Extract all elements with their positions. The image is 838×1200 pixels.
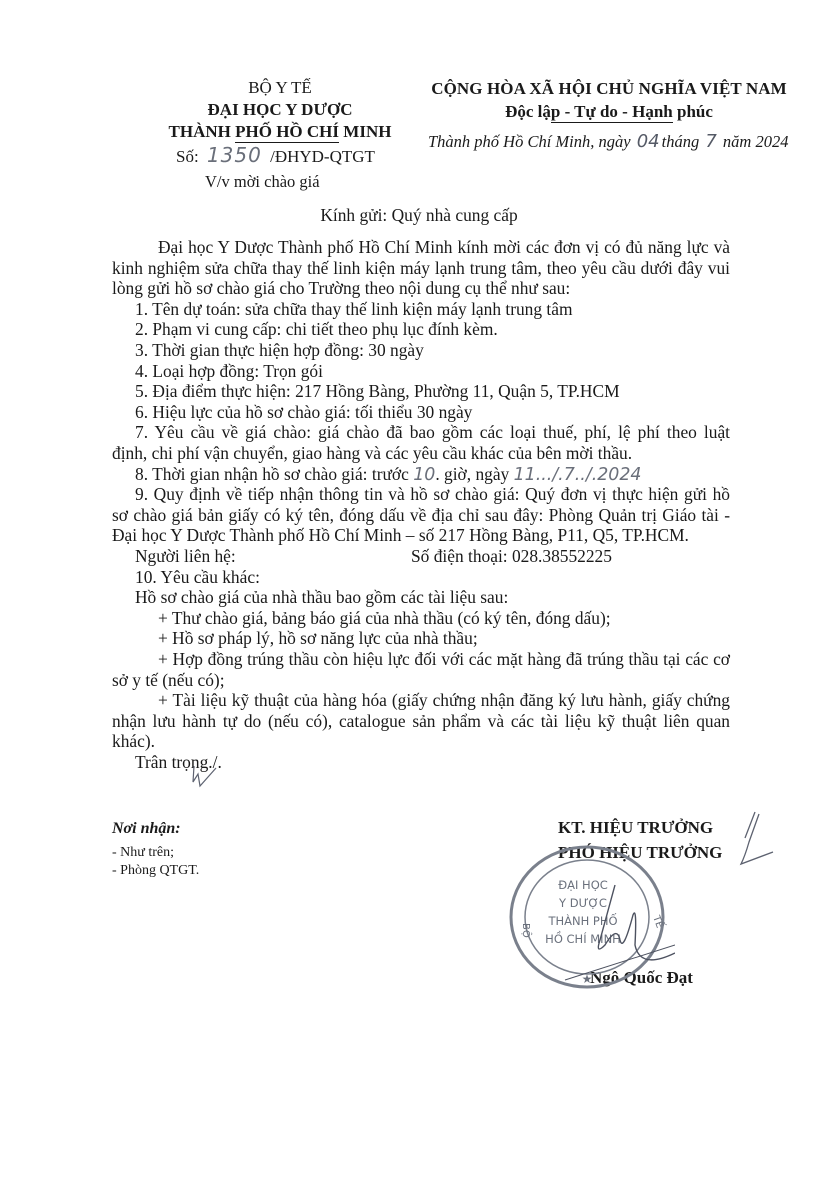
city-suffix: MINH [339, 122, 391, 141]
intro-line: kinh nghiệm sửa chữa thay thế linh kiện … [112, 258, 730, 279]
document-bullet: + Hợp đồng trúng thầu còn hiệu lực đối v… [158, 649, 730, 670]
initial-mark-icon [190, 762, 220, 790]
initial-mark-icon [735, 808, 775, 868]
issue-date: Thành phố Hồ Chí Minh, ngày 04tháng 7 nă… [428, 131, 788, 152]
handwritten-hour: 10 [413, 465, 435, 485]
contact-person-label: Người liên hệ: [135, 546, 236, 566]
text-span: . giờ, ngày [435, 464, 513, 484]
year-label: năm 2024 [719, 132, 789, 151]
requirement-lead: Hồ sơ chào giá của nhà thầu bao gồm các … [135, 587, 730, 608]
city-underlined: PHỐ HỒ CHÍ [235, 122, 339, 143]
document-bullet: khác). [112, 731, 730, 752]
contact-line: Người liên hệ:Số điện thoại: 028.3855222… [135, 546, 730, 567]
ministry-name: BỘ Y TẾ [110, 77, 450, 99]
university-name: ĐẠI HỌC Y DƯỢC [110, 99, 450, 121]
closing-line: Trân trọng./. [135, 752, 730, 773]
requirement-item: 2. Phạm vi cung cấp: chi tiết theo phụ l… [135, 319, 730, 340]
intro-line: lòng gửi hồ sơ chào giá cho Trường theo … [112, 278, 730, 299]
requirement-item: định, chi phí vận chuyển, giao hàng và c… [112, 443, 730, 464]
document-bullet: sở y tế (nếu có); [112, 670, 730, 691]
document-bullet: + Thư chào giá, bảng báo giá của nhà thầ… [158, 608, 730, 629]
recipient-item: - Như trên; [112, 845, 174, 861]
number-label: Số: [176, 147, 199, 166]
document-bullet: + Hồ sơ pháp lý, hồ sơ năng lực của nhà … [158, 628, 730, 649]
handwritten-number: 1350 [207, 143, 262, 167]
handwritten-date: 11.../.7../.2024 [514, 465, 642, 485]
requirement-item: 7. Yêu cầu về giá chào: giá chào đã bao … [135, 422, 730, 443]
text-span: 8. Thời gian nhận hồ sơ chào giá: trước [135, 464, 413, 484]
requirement-item: 1. Tên dự toán: sửa chữa thay thế linh k… [135, 299, 730, 320]
document-bullet: nhận lưu hành tự do (nếu có), catalogue … [112, 711, 730, 732]
recipients-title: Nơi nhận: [112, 820, 181, 838]
document-number: Số: 1350 /ĐHYD-QTGT [176, 143, 375, 167]
recipient-item: - Phòng QTGT. [112, 863, 199, 879]
requirement-item: 10. Yêu cầu khác: [135, 567, 730, 588]
requirement-item: 6. Hiệu lực của hồ sơ chào giá: tối thiể… [135, 402, 730, 423]
national-motto: Độc lập - Tự do - Hạnh phúc [418, 100, 800, 123]
requirement-item: 9. Quy định về tiếp nhận thông tin và hồ… [135, 484, 730, 505]
svg-text:Y DƯỢC: Y DƯỢC [558, 896, 607, 910]
requirement-item: 4. Loại hợp đồng: Trọn gói [135, 361, 730, 382]
nation-title: CỘNG HÒA XÃ HỘI CHỦ NGHĨA VIỆT NAM [418, 77, 800, 100]
issuer-block: BỘ Y TẾ ĐẠI HỌC Y DƯỢC THÀNH PHỐ HỒ CHÍ … [110, 77, 450, 143]
requirement-item: 3. Thời gian thực hiện hợp đồng: 30 ngày [135, 340, 730, 361]
city-prefix: THÀNH [169, 122, 236, 141]
motto-prefix: Độc lậ [505, 102, 551, 121]
month-label: tháng [662, 132, 704, 151]
requirement-item: sơ chào giá bản giấy có ký tên, đóng dấu… [112, 505, 730, 526]
requirement-item: Đại học Y Dược Thành phố Hồ Chí Minh – s… [112, 525, 730, 546]
document-subject: V/v mời chào giá [205, 172, 320, 192]
intro-line: Đại học Y Dược Thành phố Hồ Chí Minh kín… [158, 237, 730, 258]
contact-phone: Số điện thoại: 028.38552225 [411, 546, 612, 567]
requirement-item: 5. Địa điểm thực hiện: 217 Hồng Bàng, Ph… [135, 381, 730, 402]
stamp-seal-icon: ĐẠI HỌCY DƯỢCTHÀNH PHỐHỒ CHÍ MINH BỘ TẾ … [505, 845, 675, 995]
motto-underlined: p - Tự do - Hạnh [551, 102, 673, 123]
requirement-item: 8. Thời gian nhận hồ sơ chào giá: trước … [135, 464, 730, 485]
official-stamp: ĐẠI HỌCY DƯỢCTHÀNH PHỐHỒ CHÍ MINH BỘ TẾ … [505, 845, 675, 995]
greeting: Kính gửi: Quý nhà cung cấp [0, 205, 838, 226]
national-header: CỘNG HÒA XÃ HỘI CHỦ NGHĨA VIỆT NAM Độc l… [418, 77, 800, 123]
date-prefix: Thành phố Hồ Chí Minh, ngày [428, 132, 635, 151]
motto-suffix: phúc [673, 102, 713, 121]
svg-text:BỘ: BỘ [520, 923, 533, 938]
document-bullet: + Tài liệu kỹ thuật của hàng hóa (giấy c… [158, 690, 730, 711]
handwritten-day: 04 [637, 131, 660, 152]
number-suffix: /ĐHYD-QTGT [270, 147, 375, 166]
svg-text:ĐẠI HỌC: ĐẠI HỌC [558, 878, 608, 892]
svg-text:TẾ: TẾ [650, 912, 668, 930]
signatory-title: KT. HIỆU TRƯỞNG [558, 818, 713, 838]
handwritten-month: 7 [705, 131, 716, 152]
university-city: THÀNH PHỐ HỒ CHÍ MINH [110, 121, 450, 143]
